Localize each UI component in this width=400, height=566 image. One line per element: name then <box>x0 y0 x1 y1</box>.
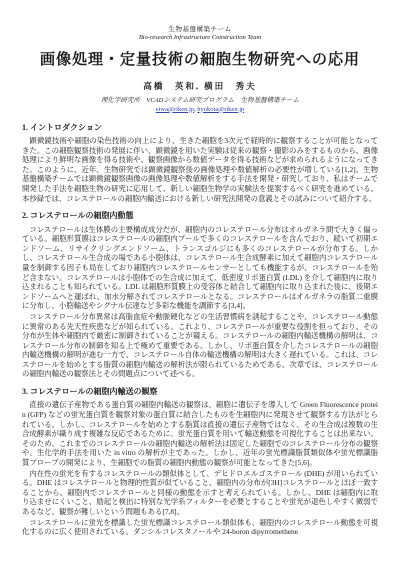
section-3-paragraph-3: コレステロールに蛍光を標識した蛍光標識コレステロール類似体も、細胞内のコレステロ… <box>22 518 378 537</box>
section-1-paragraph-1: 顕微鏡技術や細胞の染色技術の向上により、生きた細胞を3次元で経時的に観察すること… <box>22 136 378 203</box>
team-name-english: Bio-research Infrastructure Construction… <box>22 34 378 42</box>
paper-title: 画像処理・定量技術の細胞生物研究への応用 <box>22 51 378 70</box>
email-link-author2[interactable]: hyokota@riken.jp <box>197 106 244 113</box>
section-1-heading: 1. イントロダクション <box>22 123 378 133</box>
email-link-author1[interactable]: eiwa@riken.jp <box>156 106 194 113</box>
section-3-paragraph-1: 直接の遺伝子産物である蛋白質の細胞内輸送の観察は、細胞に遺伝子を導入して Gre… <box>22 400 378 467</box>
section-3-paragraph-2: 内在性の蛍光を有するコレステロールの類似体として、デヒドロエルゴステロール (D… <box>22 469 378 517</box>
section-transport-observation: 3. コレステロールの細胞内輸送の観察 直接の遺伝子産物である蛋白質の細胞内輸送… <box>22 387 378 537</box>
author-names: 高橋 英和, 横田 秀夫 <box>22 80 378 92</box>
section-2-paragraph-1: コレステロールは生体膜の主要構成成分だが、細胞内のコレステロール分布はオルガネラ… <box>22 225 378 311</box>
email-line: eiwa@riken.jp, hyokota@riken.jp <box>22 106 378 113</box>
affiliation: 理化学研究所 VCADシステム研究プログラム 生物基盤構築チーム <box>22 95 378 104</box>
section-3-heading: 3. コレステロールの細胞内輸送の観察 <box>22 387 378 397</box>
document-page: 生物基盤構築チーム Bio-research Infrastructure Co… <box>0 0 400 566</box>
section-2-paragraph-2: コレステロール分布異常は高脂血症や動脈硬化などの生活習慣病を誘起することや、コレ… <box>22 312 378 379</box>
section-introduction: 1. イントロダクション 顕微鏡技術や細胞の染色技術の向上により、生きた細胞を3… <box>22 123 378 204</box>
section-cholesterol-dynamics: 2. コレステロールの細胞内動態 コレステロールは生体膜の主要構成成分だが、細胞… <box>22 211 378 379</box>
team-name-japanese: 生物基盤構築チーム <box>22 26 378 34</box>
section-2-heading: 2. コレステロールの細胞内動態 <box>22 211 378 221</box>
